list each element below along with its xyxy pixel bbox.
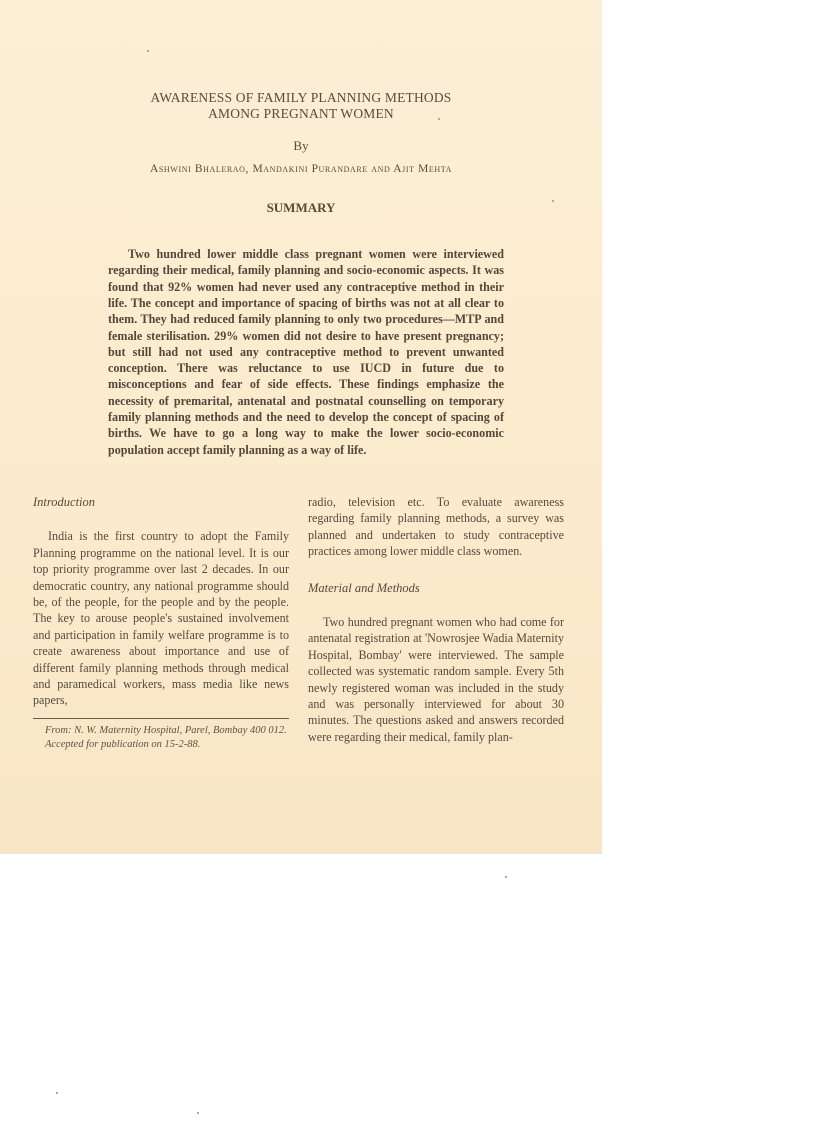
footnote-from-label: From: — [45, 725, 71, 736]
summary-text: Two hundred lower middle class pregnant … — [108, 246, 504, 458]
right-column: radio, television etc. To evaluate aware… — [308, 494, 564, 745]
article-title: AWARENESS OF FAMILY PLANNING METHODS AMO… — [0, 90, 602, 122]
introduction-paragraph: India is the first country to adopt the … — [33, 528, 289, 708]
scan-speck — [552, 200, 554, 202]
scan-speck — [147, 50, 149, 52]
scanned-page: AWARENESS OF FAMILY PLANNING METHODS AMO… — [0, 0, 602, 852]
scan-speck — [438, 118, 440, 120]
summary-heading: SUMMARY — [0, 200, 602, 216]
footnote: From: N. W. Maternity Hospital, Parel, B… — [33, 724, 289, 752]
scan-speck — [197, 1112, 199, 1114]
introduction-continued-paragraph: radio, television etc. To evaluate aware… — [308, 494, 564, 560]
footnote-affiliation: From: N. W. Maternity Hospital, Parel, B… — [33, 724, 289, 738]
author-list: Ashwini Bhalerao, Mandakini Purandare an… — [0, 163, 602, 175]
footnote-accepted-date: Accepted for publication on 15-2-88. — [33, 738, 289, 752]
scan-speck — [56, 1092, 58, 1094]
methods-paragraph: Two hundred pregnant women who had come … — [308, 614, 564, 745]
article-title-line-2: AMONG PREGNANT WOMEN — [0, 106, 602, 122]
methods-heading: Material and Methods — [308, 580, 564, 596]
footnote-divider — [33, 718, 289, 719]
scan-speck — [505, 876, 507, 878]
footnote-from-text: N. W. Maternity Hospital, Parel, Bombay … — [74, 725, 287, 736]
article-title-line-1: AWARENESS OF FAMILY PLANNING METHODS — [0, 90, 602, 106]
byline-by: By — [0, 138, 602, 154]
introduction-heading: Introduction — [33, 494, 289, 510]
left-column: Introduction India is the first country … — [33, 494, 289, 752]
